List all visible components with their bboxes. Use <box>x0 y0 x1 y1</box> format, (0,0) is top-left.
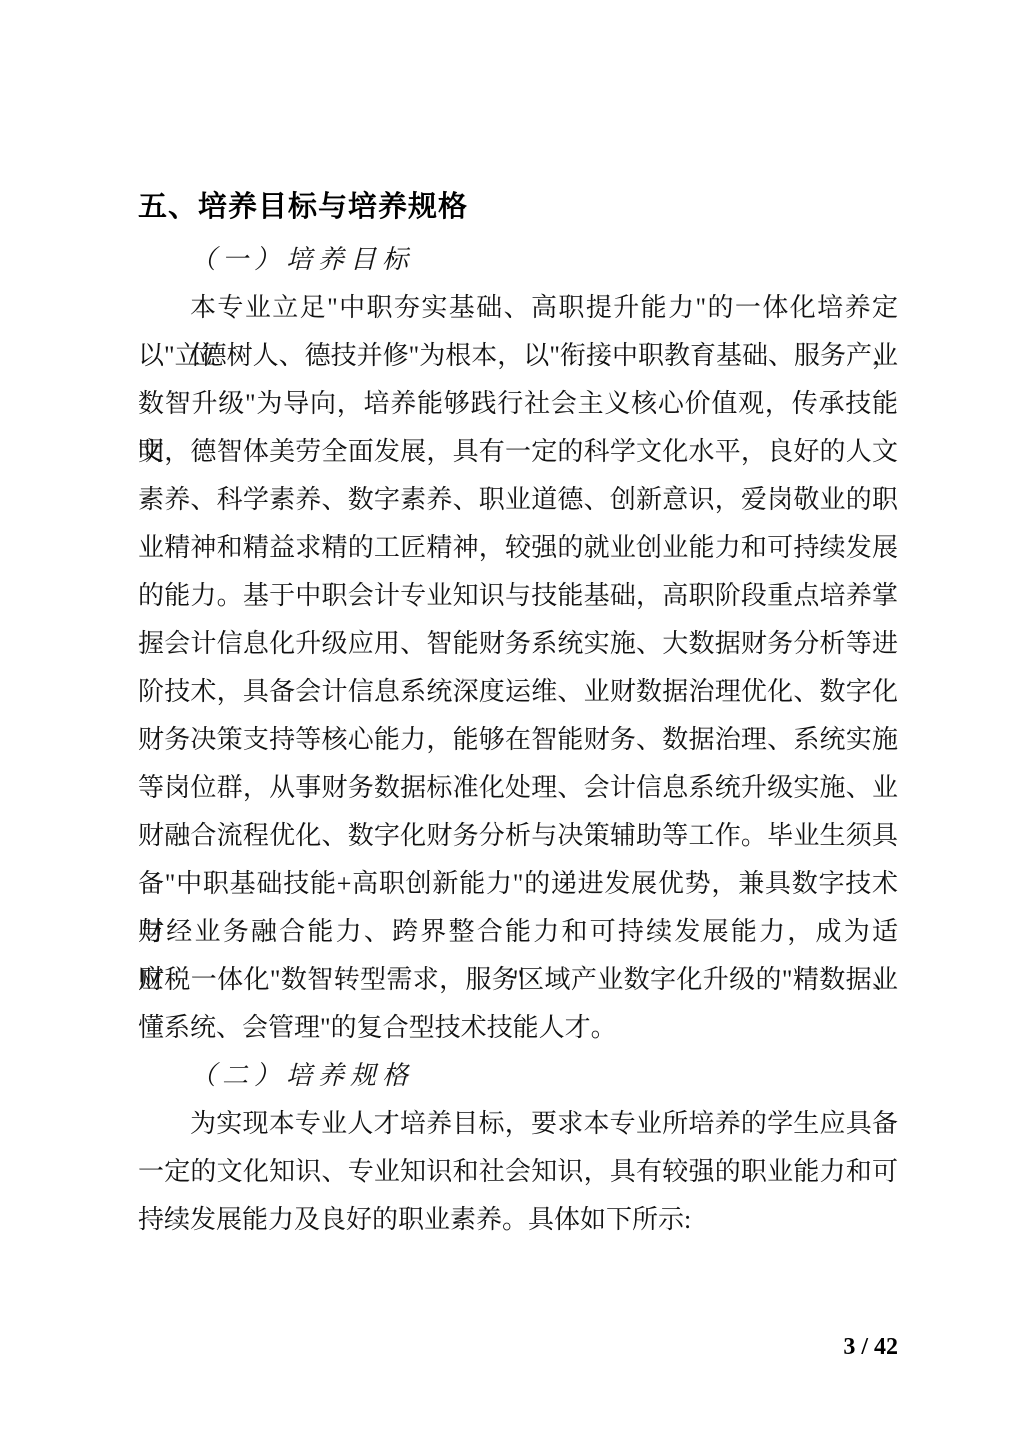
chapter-heading: 五、培养目标与培养规格 <box>138 189 898 225</box>
paragraph-line: 业精神和精益求精的工匠精神，较强的就业创业能力和可持续发展 <box>138 524 898 572</box>
paragraph-line: 以"立德树人、德技并修"为根本，以"衔接中职教育基础、服务产业 <box>138 332 898 380</box>
paragraph-line: 财融合流程优化、数字化财务分析与决策辅助等工作。毕业生须具 <box>138 812 898 860</box>
paragraph-line: 数智升级"为导向，培养能够践行社会主义核心价值观，传承技能文 <box>138 380 898 428</box>
paragraph-line: 财务决策支持等核心能力，能够在智能财务、数据治理、系统实施 <box>138 716 898 764</box>
paragraph-line: 本专业立足"中职夯实基础、高职提升能力"的一体化培养定位， <box>138 284 898 332</box>
paragraph-line: 等岗位群，从事财务数据标准化处理、会计信息系统升级实施、业 <box>138 764 898 812</box>
paragraph-line: 财经业务融合能力、跨界整合能力和可持续发展能力，成为适应"业 <box>138 908 898 956</box>
paragraph-line: 持续发展能力及良好的职业素养。具体如下所示: <box>138 1196 898 1244</box>
paragraph-line: 备"中职基础技能+高职创新能力"的递进发展优势，兼具数字技术与 <box>138 860 898 908</box>
paragraph-line: 为实现本专业人才培养目标，要求本专业所培养的学生应具备 <box>138 1100 898 1148</box>
paragraph-line: 一定的文化知识、专业知识和社会知识，具有较强的职业能力和可 <box>138 1148 898 1196</box>
page-number: 3 / 42 <box>138 1332 898 1362</box>
section-2-subheading: （二）培养规格 <box>138 1052 898 1100</box>
document-body: （一）培养目标 本专业立足"中职夯实基础、高职提升能力"的一体化培养定位， 以"… <box>138 236 898 1244</box>
paragraph-line: 素养、科学素养、数字素养、职业道德、创新意识，爱岗敬业的职 <box>138 476 898 524</box>
paragraph-line: 阶技术，具备会计信息系统深度运维、业财数据治理优化、数字化 <box>138 668 898 716</box>
document-page: 五、培养目标与培养规格 （一）培养目标 本专业立足"中职夯实基础、高职提升能力"… <box>0 0 1024 1448</box>
section-1-subheading: （一）培养目标 <box>138 236 898 284</box>
paragraph-line: 的能力。基于中职会计专业知识与技能基础，高职阶段重点培养掌 <box>138 572 898 620</box>
paragraph-line: 握会计信息化升级应用、智能财务系统实施、大数据财务分析等进 <box>138 620 898 668</box>
paragraph-line: 懂系统、会管理"的复合型技术技能人才。 <box>138 1004 898 1052</box>
paragraph-line: 明，德智体美劳全面发展，具有一定的科学文化水平，良好的人文 <box>138 428 898 476</box>
paragraph-line: 财税一体化"数智转型需求，服务区域产业数字化升级的"精数据、 <box>138 956 898 1004</box>
